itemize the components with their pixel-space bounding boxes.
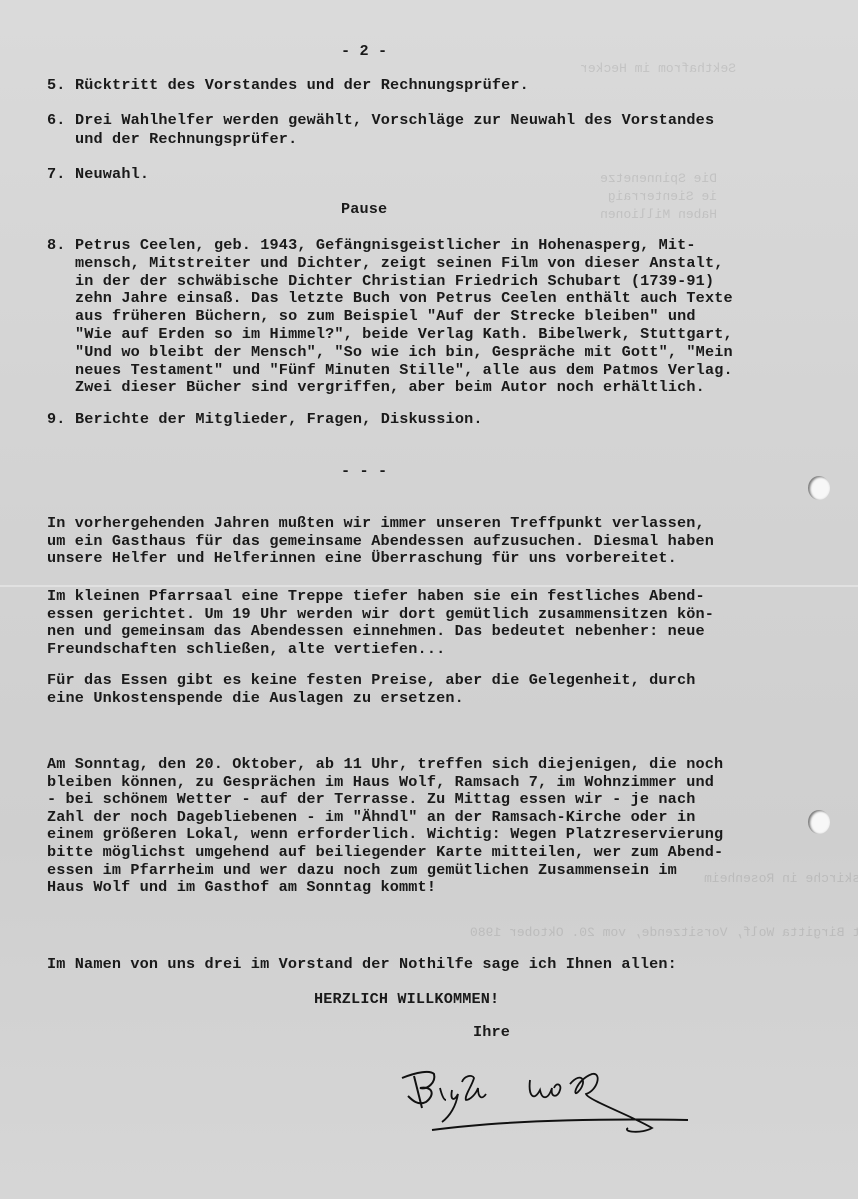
punch-hole bbox=[808, 810, 830, 834]
section-separator: - - - bbox=[341, 462, 387, 480]
agenda-item-number: 7. bbox=[47, 165, 66, 183]
paragraph-line: Im kleinen Pfarrsaal eine Treppe tiefer … bbox=[47, 587, 705, 605]
closing: Ihre bbox=[473, 1023, 510, 1041]
bleed-through-text: Die Spinnenetze ie Sienterraig Haben Mil… bbox=[600, 170, 717, 224]
agenda-item-text: neues Testament" und "Fünf Minuten Still… bbox=[75, 361, 733, 379]
paragraph-line: bleiben können, zu Gesprächen im Haus Wo… bbox=[47, 773, 714, 791]
paragraph-line: nen und gemeinsam das Abendessen einnehm… bbox=[47, 622, 705, 640]
punch-hole bbox=[808, 476, 830, 500]
paragraph-line: In vorhergehenden Jahren mußten wir imme… bbox=[47, 514, 705, 532]
agenda-item-text: mensch, Mitstreiter und Dichter, zeigt s… bbox=[75, 254, 723, 272]
bleed-through-text: Sekthafrom im Hecker bbox=[580, 60, 736, 78]
agenda-item-number: 5. bbox=[47, 76, 66, 94]
agenda-item-text: in der der schwäbische Dichter Christian… bbox=[75, 272, 714, 290]
agenda-item-text: aus früheren Büchern, so zum Beispiel "A… bbox=[75, 307, 696, 325]
paragraph-line: essen im Pfarrheim und wer dazu noch zum… bbox=[47, 861, 677, 879]
paragraph-line: - bei schönem Wetter - auf der Terrasse.… bbox=[47, 790, 695, 808]
agenda-item-number: 8. bbox=[47, 236, 66, 254]
paragraph-line: bitte möglichst umgehend auf beiliegende… bbox=[47, 843, 723, 861]
agenda-item-text: zehn Jahre einsaß. Das letzte Buch von P… bbox=[75, 289, 733, 307]
bleed-through-text: Über der Nikolauskirche in Rosenheim ges… bbox=[470, 870, 858, 942]
agenda-item-text: "Und wo bleibt der Mensch", "So wie ich … bbox=[75, 343, 733, 361]
paragraph-line: unsere Helfer und Helferinnen eine Überr… bbox=[47, 549, 677, 567]
paragraph-line: Haus Wolf und im Gasthof am Sonntag komm… bbox=[47, 878, 436, 896]
paragraph-line: um ein Gasthaus für das gemeinsame Abend… bbox=[47, 532, 714, 550]
page-number: - 2 - bbox=[341, 42, 387, 60]
agenda-item-number: 6. bbox=[47, 111, 66, 129]
agenda-item-text: "Wie auf Erden so im Himmel?", beide Ver… bbox=[75, 325, 733, 343]
agenda-item-text: Zwei dieser Bücher sind vergriffen, aber… bbox=[75, 378, 705, 396]
agenda-item-text: Rücktritt des Vorstandes und der Rechnun… bbox=[75, 76, 529, 94]
agenda-item-text: Drei Wahlhelfer werden gewählt, Vorschlä… bbox=[75, 111, 714, 129]
agenda-item-number: 9. bbox=[47, 410, 66, 428]
paragraph-line: essen gerichtet. Um 19 Uhr werden wir do… bbox=[47, 605, 714, 623]
greeting: HERZLICH WILLKOMMEN! bbox=[314, 990, 499, 1008]
paragraph-line: eine Unkostenspende die Auslagen zu erse… bbox=[47, 689, 464, 707]
paragraph-line: Für das Essen gibt es keine festen Preis… bbox=[47, 671, 695, 689]
agenda-item-text: Berichte der Mitglieder, Fragen, Diskuss… bbox=[75, 410, 483, 428]
paragraph-line: Im Namen von uns drei im Vorstand der No… bbox=[47, 955, 677, 973]
document-page: Sekthafrom im Hecker Die Spinnenetze ie … bbox=[0, 0, 858, 1199]
agenda-item-text: Neuwahl. bbox=[75, 165, 149, 183]
handwritten-signature-icon bbox=[392, 1060, 692, 1140]
paragraph-line: einem größeren Lokal, wenn erforderlich.… bbox=[47, 825, 723, 843]
agenda-item-text: Petrus Ceelen, geb. 1943, Gefängnisgeist… bbox=[75, 236, 696, 254]
paragraph-line: Zahl der noch Dagebliebenen - im "Ähndl"… bbox=[47, 808, 695, 826]
pause-heading: Pause bbox=[341, 200, 387, 218]
agenda-item-text: und der Rechnungsprüfer. bbox=[75, 130, 297, 148]
paragraph-line: Freundschaften schließen, alte vertiefen… bbox=[47, 640, 445, 658]
paragraph-line: Am Sonntag, den 20. Oktober, ab 11 Uhr, … bbox=[47, 755, 723, 773]
